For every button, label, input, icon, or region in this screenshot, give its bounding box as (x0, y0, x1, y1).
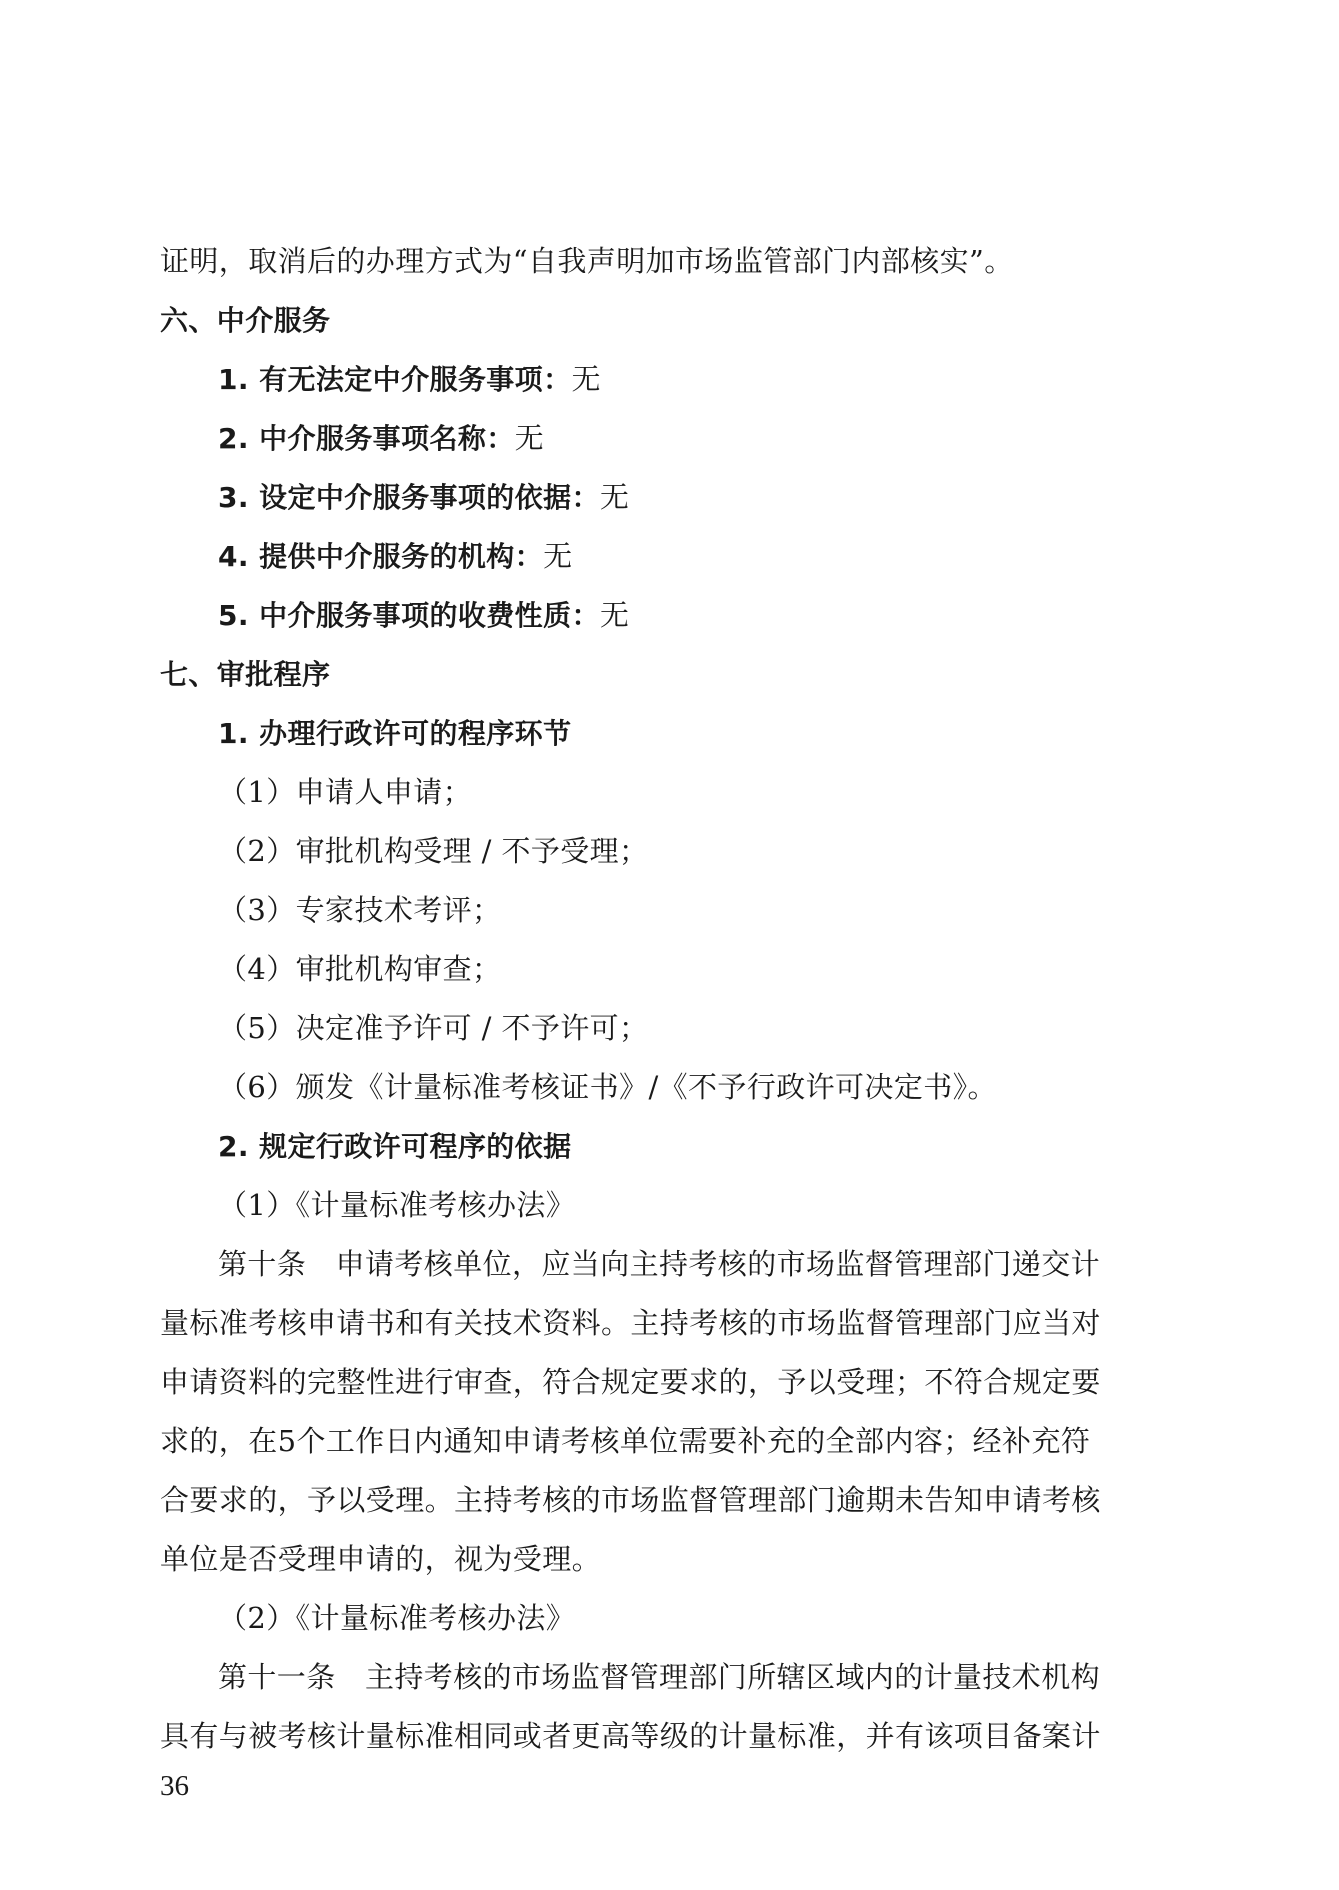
article-line: 具有与被考核计量标准相同或者更高等级的计量标准，并有该项目备案计 (160, 1707, 1132, 1766)
subsection-title-procedure: 1. 办理行政许可的程序环节 (160, 704, 1132, 763)
intermediary-item: 2. 中介服务事项名称：无 (160, 409, 1132, 468)
item-label: 1. 有无法定中介服务事项： (218, 363, 571, 396)
intermediary-item: 1. 有无法定中介服务事项：无 (160, 350, 1132, 409)
page-number: 36 (160, 1770, 189, 1803)
item-value: 无 (600, 480, 629, 514)
item-label: 4. 提供中介服务的机构： (218, 540, 543, 573)
article-line: 第十条 申请考核单位，应当向主持考核的市场监督管理部门递交计 (160, 1235, 1132, 1294)
intermediary-item: 5. 中介服务事项的收费性质：无 (160, 586, 1132, 645)
intermediary-item: 4. 提供中介服务的机构：无 (160, 527, 1132, 586)
procedure-step: （1）申请人申请； (160, 763, 1132, 822)
item-value: 无 (515, 421, 544, 455)
procedure-step: （3）专家技术考评； (160, 881, 1132, 940)
procedure-step: （2）审批机构受理 / 不予受理； (160, 822, 1132, 881)
article-line: 合要求的，予以受理。主持考核的市场监督管理部门逾期未告知申请考核 (160, 1471, 1132, 1530)
article-line: 第十一条 主持考核的市场监督管理部门所辖区域内的计量技术机构 (160, 1648, 1132, 1707)
procedure-step: （5）决定准予许可 / 不予许可； (160, 999, 1132, 1058)
article-line: 申请资料的完整性进行审查，符合规定要求的，予以受理；不符合规定要 (160, 1353, 1132, 1412)
subsection-title-basis: 2. 规定行政许可程序的依据 (160, 1117, 1132, 1176)
document-page: 证明，取消后的办理方式为“自我声明加市场监管部门内部核实”。 六、中介服务 1.… (160, 232, 1132, 1766)
procedure-step: （6）颁发《计量标准考核证书》/《不予行政许可决定书》。 (160, 1058, 1132, 1117)
intermediary-item: 3. 设定中介服务事项的依据：无 (160, 468, 1132, 527)
item-value: 无 (600, 598, 629, 632)
reference-source: （1）《计量标准考核办法》 (160, 1176, 1132, 1235)
item-label: 5. 中介服务事项的收费性质： (218, 599, 600, 632)
item-label: 3. 设定中介服务事项的依据： (218, 481, 600, 514)
item-value: 无 (571, 362, 600, 396)
article-line: 求的，在5个工作日内通知申请考核单位需要补充的全部内容；经补充符 (160, 1412, 1132, 1471)
item-label: 2. 中介服务事项名称： (218, 422, 515, 455)
article-line: 量标准考核申请书和有关技术资料。主持考核的市场监督管理部门应当对 (160, 1294, 1132, 1353)
section-heading-6: 六、中介服务 (160, 291, 1132, 350)
section-heading-7: 七、审批程序 (160, 645, 1132, 704)
item-value: 无 (543, 539, 572, 573)
reference-source: （2）《计量标准考核办法》 (160, 1589, 1132, 1648)
procedure-step: （4）审批机构审查； (160, 940, 1132, 999)
article-line: 单位是否受理申请的，视为受理。 (160, 1530, 1132, 1589)
continuation-line: 证明，取消后的办理方式为“自我声明加市场监管部门内部核实”。 (160, 232, 1132, 291)
